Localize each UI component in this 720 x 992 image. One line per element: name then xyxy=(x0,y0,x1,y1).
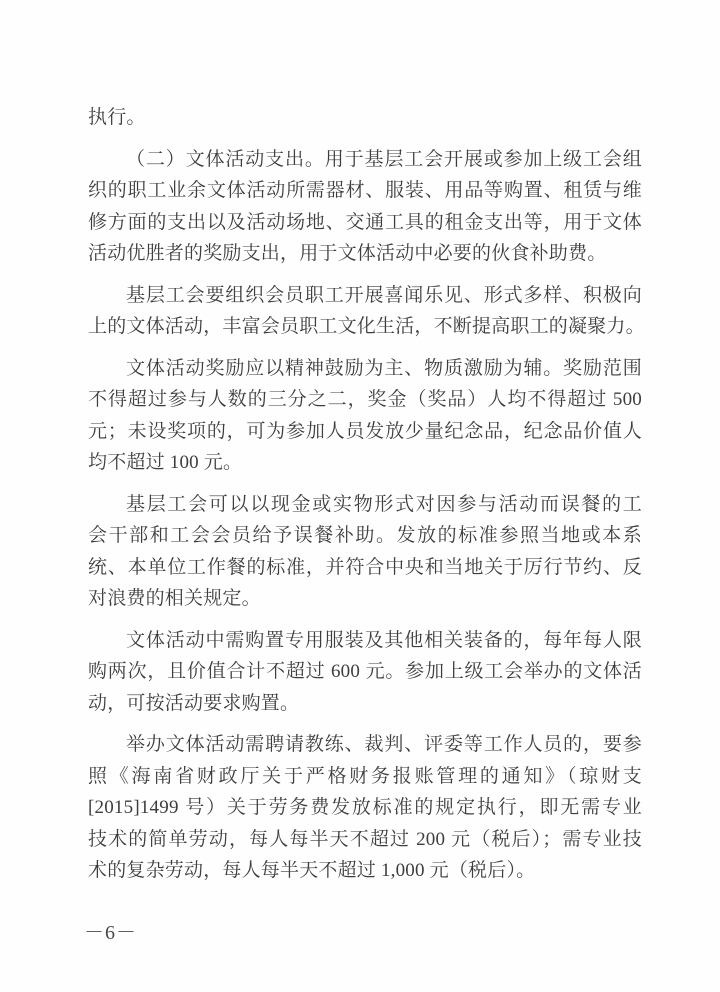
document-page: 执行。（二）文体活动支出。用于基层工会开展或参加上级工会组织的职工业余文体活动所… xyxy=(0,0,720,992)
text-line: 举办文体活动需聘请教练、裁判、评委等工作人员的，要参 xyxy=(88,729,642,761)
text-line: 上的文体活动，丰富会员职工文化生活，不断提高职工的凝聚力。 xyxy=(88,311,642,343)
paragraph: 基层工会可以以现金或实物形式对因参与活动而误餐的工会干部和工会会员给予误餐补助。… xyxy=(88,489,642,615)
document-body: 执行。（二）文体活动支出。用于基层工会开展或参加上级工会组织的职工业余文体活动所… xyxy=(88,102,642,887)
text-line: 文体活动奖励应以精神鼓励为主、物质激励为辅。奖励范围 xyxy=(88,353,642,385)
text-line: 技术的简单劳动，每人每半天不超过 200 元（税后）；需专业技 xyxy=(88,824,642,856)
text-line: 动，可按活动要求购置。 xyxy=(88,688,642,720)
text-line: 照《海南省财政厅关于严格财务报账管理的通知》（琼财支 xyxy=(88,761,642,793)
paragraph: （二）文体活动支出。用于基层工会开展或参加上级工会组织的职工业余文体活动所需器材… xyxy=(88,144,642,270)
text-line: 术的复杂劳动，每人每半天不超过 1,000 元（税后）。 xyxy=(88,855,642,887)
paragraph: 基层工会要组织会员职工开展喜闻乐见、形式多样、积极向上的文体活动，丰富会员职工文… xyxy=(88,280,642,343)
text-line: 基层工会要组织会员职工开展喜闻乐见、形式多样、积极向 xyxy=(88,280,642,312)
text-line: 织的职工业余文体活动所需器材、服装、用品等购置、租赁与维 xyxy=(88,175,642,207)
text-line: 文体活动中需购置专用服装及其他相关装备的，每年每人限 xyxy=(88,625,642,657)
text-line: 活动优胜者的奖励支出，用于文体活动中必要的伙食补助费。 xyxy=(88,238,642,270)
paragraph: 举办文体活动需聘请教练、裁判、评委等工作人员的，要参照《海南省财政厅关于严格财务… xyxy=(88,729,642,887)
text-line: 基层工会可以以现金或实物形式对因参与活动而误餐的工 xyxy=(88,489,642,521)
text-line: 购两次，且价值合计不超过 600 元。参加上级工会举办的文体活 xyxy=(88,656,642,688)
text-line: 元；未设奖项的，可为参加人员发放少量纪念品，纪念品价值人 xyxy=(88,416,642,448)
text-line: 会干部和工会会员给予误餐补助。发放的标准参照当地或本系 xyxy=(88,520,642,552)
text-line: 修方面的支出以及活动场地、交通工具的租金支出等，用于文体 xyxy=(88,207,642,239)
text-line: [2015]1499 号）关于劳务费发放标准的规定执行，即无需专业 xyxy=(88,792,642,824)
paragraph: 文体活动奖励应以精神鼓励为主、物质激励为辅。奖励范围不得超过参与人数的三分之二，… xyxy=(88,353,642,479)
text-line: 不得超过参与人数的三分之二，奖金（奖品）人均不得超过 500 xyxy=(88,384,642,416)
page-number: －6－ xyxy=(84,916,137,945)
text-line: 执行。 xyxy=(88,102,642,134)
paragraph: 文体活动中需购置专用服装及其他相关装备的，每年每人限购两次，且价值合计不超过 6… xyxy=(88,625,642,720)
text-line: （二）文体活动支出。用于基层工会开展或参加上级工会组 xyxy=(88,144,642,176)
text-line: 均不超过 100 元。 xyxy=(88,447,642,479)
paragraph: 执行。 xyxy=(88,102,642,134)
text-line: 统、本单位工作餐的标准，并符合中央和当地关于厉行节约、反 xyxy=(88,552,642,584)
text-line: 对浪费的相关规定。 xyxy=(88,583,642,615)
